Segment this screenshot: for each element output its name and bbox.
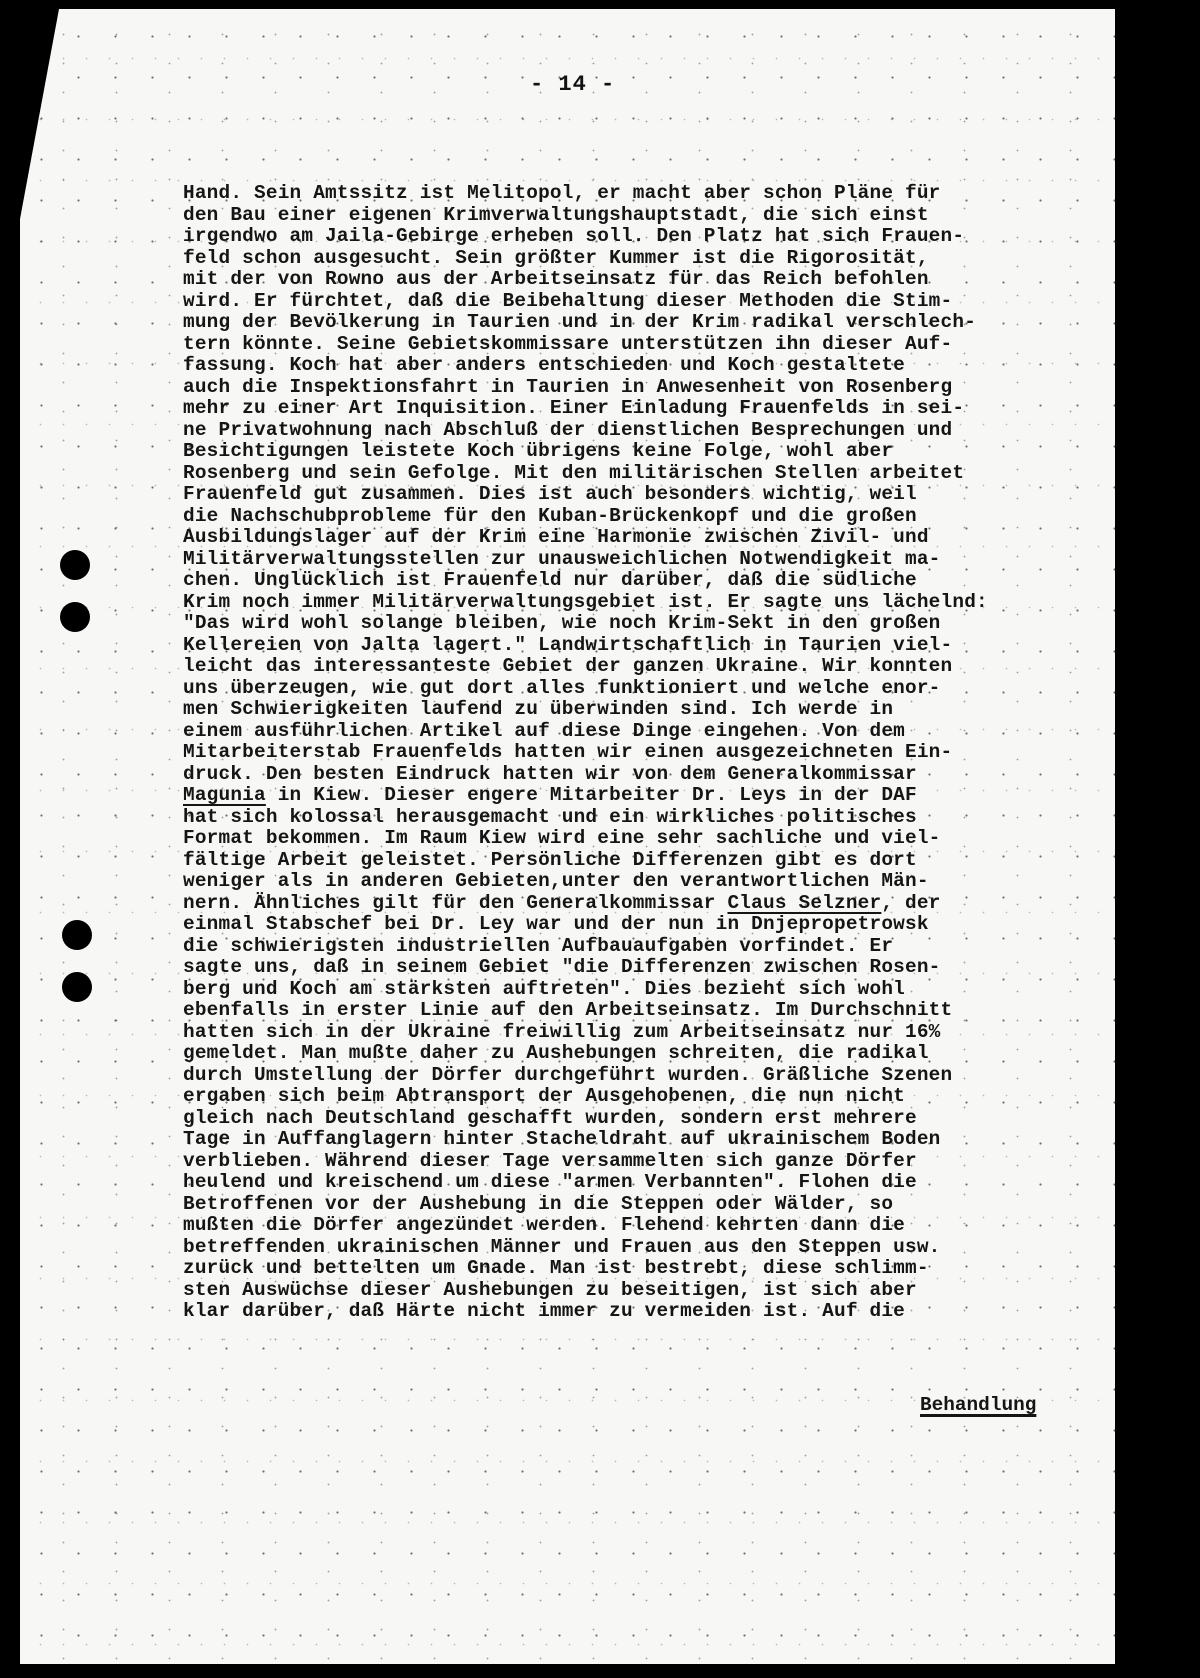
scanned-page: - 14 - Hand. Sein Amtssitz ist Melitopol… (0, 0, 1121, 1678)
text-line: einmal Stabschef bei Dr. Ley war und der… (183, 914, 1083, 936)
text-line: men Schwierigkeiten laufend zu überwinde… (183, 699, 1083, 721)
typewritten-body: Hand. Sein Amtssitz ist Melitopol, er ma… (183, 183, 1083, 1323)
text-line: auch die Inspektionsfahrt in Taurien in … (183, 377, 1083, 399)
text-line: fassung. Koch hat aber anders entschiede… (183, 355, 1083, 377)
text-line: die schwierigsten industriellen Aufbauau… (183, 936, 1083, 958)
catchword: Behandlung (920, 1394, 1036, 1416)
text-line: gleich nach Deutschland geschafft wurden… (183, 1108, 1083, 1130)
text-line: verblieben. Während dieser Tage versamme… (183, 1151, 1083, 1173)
text-line: heulend und kreischend um diese "armen V… (183, 1172, 1083, 1194)
text-line: Rosenberg und sein Gefolge. Mit den mili… (183, 463, 1083, 485)
text-line: fältige Arbeit geleistet. Persönliche Di… (183, 850, 1083, 872)
text-line: leicht das interessanteste Gebiet der ga… (183, 656, 1083, 678)
text-line: weniger als in anderen Gebieten,unter de… (183, 871, 1083, 893)
text-line: mehr zu einer Art Inquisition. Einer Ein… (183, 398, 1083, 420)
underlined-name: Claus Selzner (727, 892, 881, 914)
text-line: Tage in Auffanglagern hinter Stacheldrah… (183, 1129, 1083, 1151)
text-line: hatten sich in der Ukraine freiwillig zu… (183, 1022, 1083, 1044)
text-line: ebenfalls in erster Linie auf den Arbeit… (183, 1000, 1083, 1022)
text-line: Hand. Sein Amtssitz ist Melitopol, er ma… (183, 183, 1083, 205)
text-line: mußten die Dörfer angezündet werden. Fle… (183, 1215, 1083, 1237)
text-line: sagte uns, daß in seinem Gebiet "die Dif… (183, 957, 1083, 979)
text-line: gemeldet. Man mußte daher zu Aushebungen… (183, 1043, 1083, 1065)
text-line: "Das wird wohl solange bleiben, wie noch… (183, 613, 1083, 635)
text-line: betreffenden ukrainischen Männer und Fra… (183, 1237, 1083, 1259)
punch-hole (62, 972, 92, 1002)
text-line: Militärverwaltungsstellen zur unausweich… (183, 549, 1083, 571)
punch-hole (60, 602, 90, 632)
text-line: einem ausführlichen Artikel auf diese Di… (183, 721, 1083, 743)
text-line: Betroffenen vor der Aushebung in die Ste… (183, 1194, 1083, 1216)
text-line: mung der Bevölkerung in Taurien und in d… (183, 312, 1083, 334)
text-line: irgendwo am Jaila-Gebirge erheben soll. … (183, 226, 1083, 248)
text-line: Krim noch immer Militärverwaltungsgebiet… (183, 592, 1083, 614)
text-line: ne Privatwohnung nach Abschluß der diens… (183, 420, 1083, 442)
underlined-name: Magunia (183, 784, 266, 806)
text-line: Mitarbeiterstab Frauenfelds hatten wir e… (183, 742, 1083, 764)
text-line: uns überzeugen, wie gut dort alles funkt… (183, 678, 1083, 700)
text-line: Magunia in Kiew. Dieser engere Mitarbeit… (183, 785, 1083, 807)
text-line: Kellereien von Jalta lagert." Landwirtsc… (183, 635, 1083, 657)
text-line: ergaben sich beim Abtransport der Ausgeh… (183, 1086, 1083, 1108)
text-line: die Nachschubprobleme für den Kuban-Brüc… (183, 506, 1083, 528)
text-line: druck. Den besten Eindruck hatten wir vo… (183, 764, 1083, 786)
text-line: Ausbildungslager auf der Krim eine Harmo… (183, 527, 1083, 549)
text-line: feld schon ausgesucht. Sein größter Kumm… (183, 248, 1083, 270)
text-line: nern. Ähnliches gilt für den Generalkomm… (183, 893, 1083, 915)
text-line: berg und Koch am stärksten auftreten". D… (183, 979, 1083, 1001)
text-line: hat sich kolossal herausgemacht und ein … (183, 807, 1083, 829)
text-line: sten Auswüchse dieser Aushebungen zu bes… (183, 1280, 1083, 1302)
text-line: chen. Unglücklich ist Frauenfeld nur dar… (183, 570, 1083, 592)
text-line: Besichtigungen leistete Koch übrigens ke… (183, 441, 1083, 463)
text-line: Format bekommen. Im Raum Kiew wird eine … (183, 828, 1083, 850)
text-line: zurück und bettelten um Gnade. Man ist b… (183, 1258, 1083, 1280)
punch-hole (62, 920, 92, 950)
text-line: wird. Er fürchtet, daß die Beibehaltung … (183, 291, 1083, 313)
text-line: klar darüber, daß Härte nicht immer zu v… (183, 1301, 1083, 1323)
text-line: durch Umstellung der Dörfer durchgeführt… (183, 1065, 1083, 1087)
text-line: mit der von Rowno aus der Arbeitseinsatz… (183, 269, 1083, 291)
text-line: den Bau einer eigenen Krimverwaltungshau… (183, 205, 1083, 227)
text-line: Frauenfeld gut zusammen. Dies ist auch b… (183, 484, 1083, 506)
text-line: tern könnte. Seine Gebietskommissare unt… (183, 334, 1083, 356)
page-number: - 14 - (530, 72, 615, 97)
punch-hole (60, 550, 90, 580)
